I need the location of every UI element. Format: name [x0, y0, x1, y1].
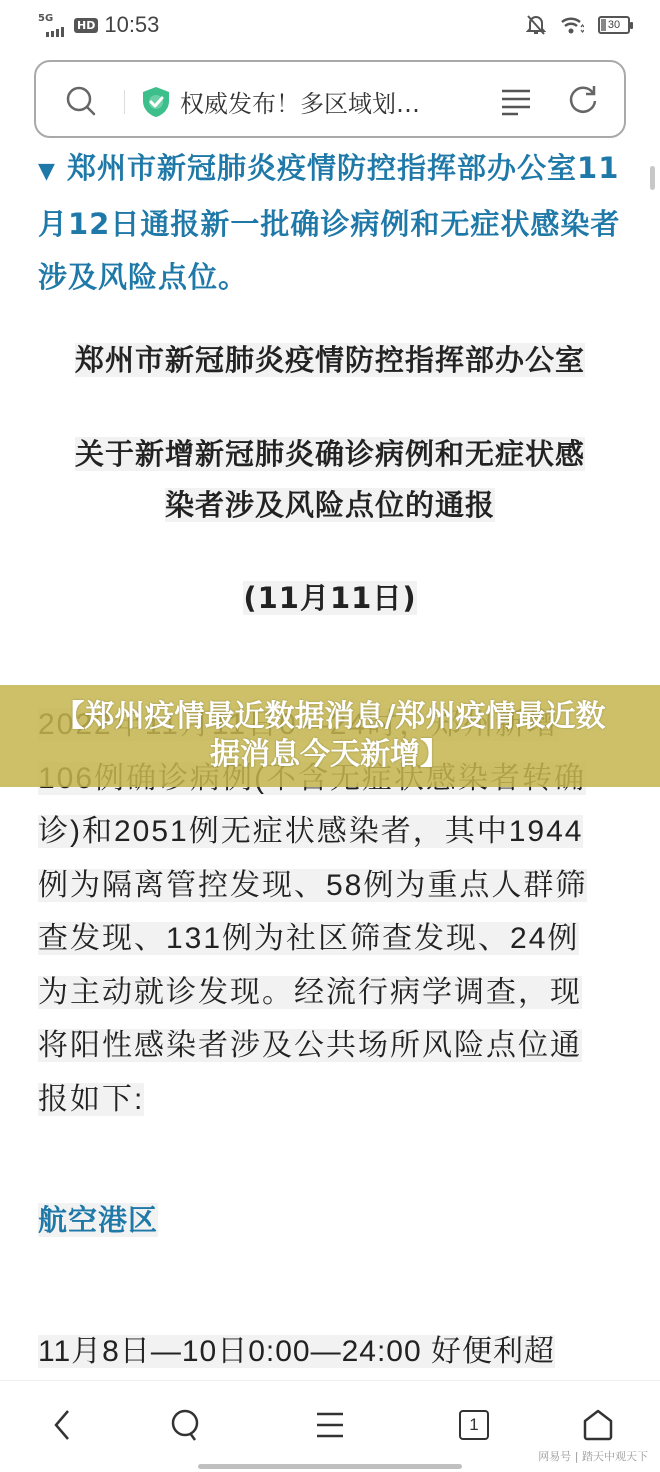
- triangle-marker-icon: ▼: [38, 159, 56, 184]
- menu-icon: [315, 1411, 345, 1439]
- risk-point-time: 11月8日—10日0:00—24:00 好便利超: [38, 1326, 555, 1370]
- watermark: 网易号 | 踏天中观天下: [538, 1448, 648, 1464]
- menu-button[interactable]: [310, 1407, 350, 1443]
- issuer-line: 郑州市新冠肺炎疫情防控指挥部办公室: [0, 338, 660, 379]
- overlay-banner: 【郑州疫情最近数据消息/郑州疫情最近数据消息今天新增】: [0, 685, 660, 787]
- divider: [124, 90, 125, 114]
- address-bar[interactable]: 权威发布！多区域划…: [34, 60, 626, 138]
- body-line: 为主动就诊发现。经流行病学调查，现: [38, 976, 582, 1009]
- intro-text: 郑州市新冠肺炎疫情防控指挥部办公室11月12日通报新一批确诊病例和无症状感染者涉…: [38, 151, 620, 294]
- battery-icon: 30: [598, 16, 630, 34]
- scrollbar[interactable]: [650, 166, 655, 190]
- verified-shield-icon: [142, 86, 170, 118]
- page-title[interactable]: 权威发布！多区域划…: [180, 84, 420, 119]
- battery-level: 30: [608, 19, 620, 31]
- banner-title: 【郑州疫情最近数据消息/郑州疫情最近数据消息今天新增】: [0, 685, 660, 787]
- search-icon: [169, 1408, 203, 1442]
- network-type: 5G: [38, 13, 53, 24]
- home-indicator[interactable]: [198, 1464, 462, 1469]
- body-line: 报如下:: [38, 1083, 144, 1116]
- section-heading: 航空港区: [38, 1198, 158, 1239]
- clock: 10:53: [104, 12, 159, 38]
- notice-date: (11月11日): [0, 576, 660, 617]
- tab-count: 1: [469, 1415, 478, 1435]
- notice-title-line2: 染者涉及风险点位的通报: [0, 483, 660, 524]
- notice-title-line1: 关于新增新冠肺炎确诊病例和无症状感: [0, 432, 660, 473]
- cellular-signal-icon: 5G: [38, 13, 68, 37]
- refresh-icon[interactable]: [566, 83, 600, 117]
- body-line: 例为隔离管控发现、58例为重点人群筛: [38, 869, 587, 902]
- body-line: 查发现、131例为社区筛查发现、24例: [38, 922, 579, 955]
- article-intro: ▼ 郑州市新冠肺炎疫情防控指挥部办公室11月12日通报新一批确诊病例和无症状感染…: [38, 148, 628, 304]
- back-button[interactable]: [42, 1407, 82, 1443]
- body-line: 将阳性感染者涉及公共场所风险点位通: [38, 1029, 582, 1062]
- tabs-button[interactable]: 1: [454, 1407, 494, 1443]
- home-button[interactable]: [578, 1407, 618, 1443]
- search-icon[interactable]: [64, 84, 98, 118]
- body-line: 诊)和2051例无症状感染者，其中1944: [38, 815, 583, 848]
- wifi-icon: [560, 15, 584, 35]
- home-icon: [583, 1409, 613, 1441]
- status-bar: 5G HD 10:53 30: [0, 0, 660, 52]
- bell-muted-icon: [526, 14, 546, 36]
- hd-badge: HD: [74, 18, 98, 33]
- search-button[interactable]: [166, 1407, 206, 1443]
- chevron-left-icon: [52, 1409, 72, 1441]
- tabs-icon: 1: [459, 1410, 489, 1440]
- reader-menu-icon[interactable]: [500, 88, 532, 116]
